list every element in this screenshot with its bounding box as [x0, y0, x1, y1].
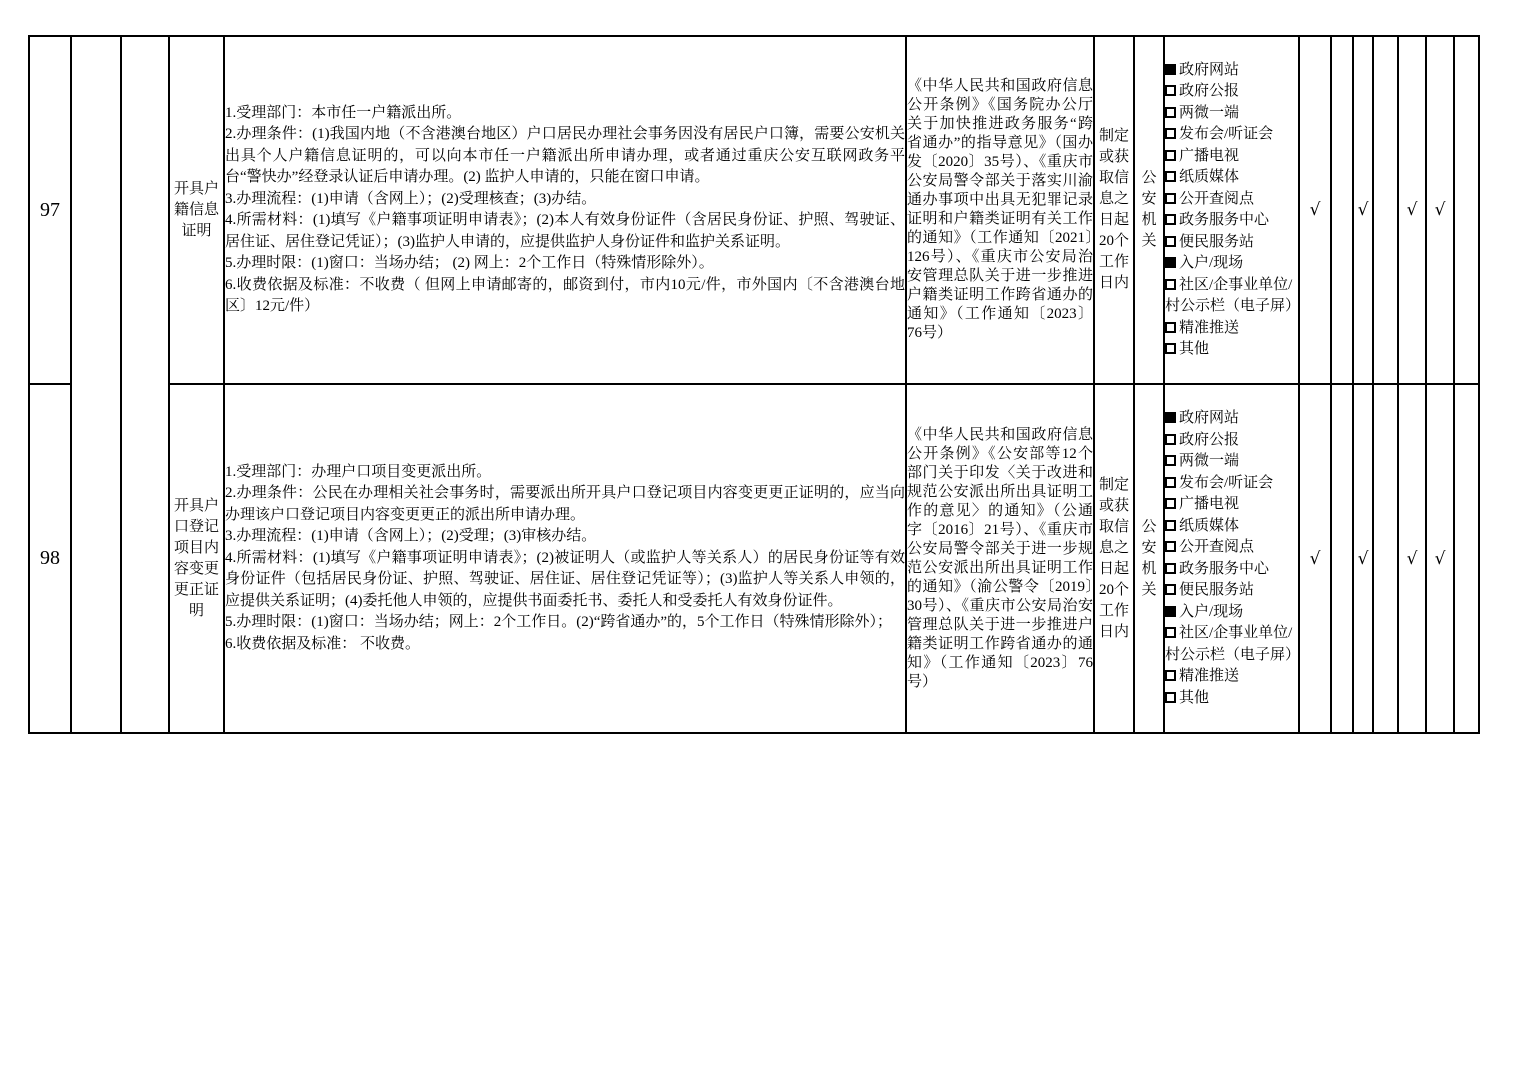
channel-label: 其他 — [1179, 341, 1209, 357]
channel-label: 政务服务中心 — [1179, 212, 1269, 228]
checkbox-empty-icon — [1165, 322, 1176, 333]
description-line: 1.受理部门：本市任一户籍派出所。 — [225, 103, 905, 125]
check-cell — [1373, 384, 1398, 733]
channel-label: 政府公报 — [1179, 432, 1239, 448]
channel-label: 纸质媒体 — [1179, 518, 1239, 534]
row-number: 98 — [29, 384, 71, 733]
checkbox-empty-icon — [1165, 692, 1176, 703]
checkbox-empty-icon — [1165, 627, 1176, 638]
checkbox-empty-icon — [1165, 214, 1176, 225]
procedure-description: 1.受理部门：办理户口项目变更派出所。2.办理条件：公民在办理相关社会事务时，需… — [224, 384, 906, 733]
channel-label: 两微一端 — [1179, 105, 1239, 121]
channel-option: 公开查阅点 — [1165, 537, 1298, 559]
government-info-disclosure-table: 97 开具户籍信息证明 1.受理部门：本市任一户籍派出所。2.办理条件：(1)我… — [28, 35, 1480, 734]
check-cell — [1373, 36, 1398, 384]
channel-label: 政务服务中心 — [1179, 561, 1269, 577]
checkbox-checked-icon — [1165, 64, 1176, 75]
checkbox-empty-icon — [1165, 128, 1176, 139]
channel-label: 政府网站 — [1179, 410, 1239, 426]
channel-label: 精准推送 — [1179, 320, 1239, 336]
channel-label: 其他 — [1179, 690, 1209, 706]
description-line: 3.办理流程：(1)申请（含网上）；(2)受理；(3)审核办结。 — [225, 526, 905, 548]
checkbox-empty-icon — [1165, 541, 1176, 552]
table-row: 97 开具户籍信息证明 1.受理部门：本市任一户籍派出所。2.办理条件：(1)我… — [29, 36, 1479, 384]
checkmark-icon: √ — [1426, 36, 1454, 384]
description-line: 3.办理流程：(1)申请（含网上）；(2)受理核查；(3)办结。 — [225, 189, 905, 211]
checkbox-empty-icon — [1165, 563, 1176, 574]
row-number: 97 — [29, 36, 71, 384]
checkmark-icon: √ — [1299, 384, 1331, 733]
channel-label: 纸质媒体 — [1179, 169, 1239, 185]
channel-label: 公开查阅点 — [1179, 191, 1254, 207]
channel-option: 政务服务中心 — [1165, 210, 1298, 232]
channel-option: 广播电视 — [1165, 146, 1298, 168]
time-limit: 制定或获取信息之日起20个工作日内 — [1094, 36, 1134, 384]
channel-option: 公开查阅点 — [1165, 189, 1298, 211]
checkbox-empty-icon — [1165, 455, 1176, 466]
empty-column — [71, 36, 121, 733]
description-line: 5.办理时限：(1)窗口：当场办结； (2) 网上：2个工作日（特殊情形除外）。 — [225, 253, 905, 275]
item-name: 开具户籍信息证明 — [169, 36, 224, 384]
channel-label: 广播电视 — [1179, 148, 1239, 164]
channel-option: 政务服务中心 — [1165, 559, 1298, 581]
responsible-agency: 公安机关 — [1134, 36, 1164, 384]
channel-label: 精准推送 — [1179, 668, 1239, 684]
item-name: 开具户口登记项目内容变更更正证明 — [169, 384, 224, 733]
description-line: 6.收费依据及标准：不收费（ 但网上申请邮寄的，邮资到付，市内10元/件，市外国… — [225, 275, 905, 318]
checkbox-empty-icon — [1165, 343, 1176, 354]
channel-option: 精准推送 — [1165, 318, 1298, 340]
channel-option: 纸质媒体 — [1165, 516, 1298, 538]
channel-label: 广播电视 — [1179, 496, 1239, 512]
channel-option: 社区/企事业单位/村公示栏（电子屏） — [1165, 623, 1298, 666]
checkbox-empty-icon — [1165, 150, 1176, 161]
channel-option: 政府公报 — [1165, 430, 1298, 452]
legal-basis: 《中华人民共和国政府信息公开条例》《国务院办公厅关于加快推进政务服务“跨省通办”… — [906, 36, 1094, 384]
checkbox-checked-icon — [1165, 412, 1176, 423]
channel-option: 发布会/听证会 — [1165, 473, 1298, 495]
checkmark-icon: √ — [1353, 36, 1373, 384]
checkbox-empty-icon — [1165, 193, 1176, 204]
channel-option: 其他 — [1165, 339, 1298, 361]
channel-label: 入户/现场 — [1179, 604, 1243, 620]
checkmark-icon: √ — [1353, 384, 1373, 733]
channel-option: 发布会/听证会 — [1165, 124, 1298, 146]
check-cell — [1454, 36, 1479, 384]
check-cell — [1454, 384, 1479, 733]
checkbox-checked-icon — [1165, 606, 1176, 617]
checkbox-empty-icon — [1165, 107, 1176, 118]
channel-label: 社区/企事业单位/村公示栏（电子屏） — [1165, 277, 1298, 315]
checkbox-empty-icon — [1165, 279, 1176, 290]
channel-option: 便民服务站 — [1165, 232, 1298, 254]
checkbox-empty-icon — [1165, 434, 1176, 445]
channel-option: 入户/现场 — [1165, 602, 1298, 624]
channel-label: 两微一端 — [1179, 453, 1239, 469]
channel-label: 发布会/听证会 — [1179, 475, 1273, 491]
description-line: 4.所需材料：(1)填写《户籍事项证明申请表》；(2)被证明人（或监护人等关系人… — [225, 548, 905, 613]
checkbox-empty-icon — [1165, 171, 1176, 182]
channel-label: 入户/现场 — [1179, 255, 1243, 271]
description-line: 6.收费依据及标准： 不收费。 — [225, 634, 905, 656]
channel-option: 其他 — [1165, 688, 1298, 710]
description-line: 2.办理条件：(1)我国内地（不含港澳台地区）户口居民办理社会事务因没有居民户口… — [225, 124, 905, 189]
check-cell — [1331, 384, 1353, 733]
channel-label: 便民服务站 — [1179, 234, 1254, 250]
channel-option: 两微一端 — [1165, 451, 1298, 473]
checkbox-empty-icon — [1165, 670, 1176, 681]
channel-label: 政府公报 — [1179, 83, 1239, 99]
legal-basis: 《中华人民共和国政府信息公开条例》《公安部等12个部门关于印发〈关于改进和规范公… — [906, 384, 1094, 733]
checkmark-icon: √ — [1426, 384, 1454, 733]
checkmark-icon: √ — [1398, 36, 1426, 384]
channel-option: 广播电视 — [1165, 494, 1298, 516]
empty-column — [121, 36, 169, 733]
channel-option: 政府公报 — [1165, 81, 1298, 103]
document-page: 97 开具户籍信息证明 1.受理部门：本市任一户籍派出所。2.办理条件：(1)我… — [0, 0, 1520, 1074]
channel-option: 政府网站 — [1165, 60, 1298, 82]
channel-label: 公开查阅点 — [1179, 539, 1254, 555]
channel-label: 发布会/听证会 — [1179, 126, 1273, 142]
checkmark-icon: √ — [1398, 384, 1426, 733]
channel-option: 纸质媒体 — [1165, 167, 1298, 189]
channel-option: 政府网站 — [1165, 408, 1298, 430]
channel-option: 便民服务站 — [1165, 580, 1298, 602]
checkbox-empty-icon — [1165, 584, 1176, 595]
publicity-channels: 政府网站政府公报两微一端发布会/听证会广播电视纸质媒体公开查阅点政务服务中心便民… — [1164, 384, 1299, 733]
description-line: 5.办理时限：(1)窗口：当场办结；网上：2个工作日。(2)“跨省通办”的，5个… — [225, 612, 905, 634]
description-line: 1.受理部门：办理户口项目变更派出所。 — [225, 462, 905, 484]
procedure-description: 1.受理部门：本市任一户籍派出所。2.办理条件：(1)我国内地（不含港澳台地区）… — [224, 36, 906, 384]
check-cell — [1331, 36, 1353, 384]
publicity-channels: 政府网站政府公报两微一端发布会/听证会广播电视纸质媒体公开查阅点政务服务中心便民… — [1164, 36, 1299, 384]
channel-label: 政府网站 — [1179, 62, 1239, 78]
checkbox-empty-icon — [1165, 498, 1176, 509]
channel-option: 两微一端 — [1165, 103, 1298, 125]
channel-option: 入户/现场 — [1165, 253, 1298, 275]
responsible-agency: 公安机关 — [1134, 384, 1164, 733]
channel-label: 社区/企事业单位/村公示栏（电子屏） — [1165, 625, 1298, 663]
description-line: 4.所需材料：(1)填写《户籍事项证明申请表》；(2)本人有效身份证件（含居民身… — [225, 210, 905, 253]
checkbox-empty-icon — [1165, 477, 1176, 488]
channel-option: 社区/企事业单位/村公示栏（电子屏） — [1165, 275, 1298, 318]
channel-option: 精准推送 — [1165, 666, 1298, 688]
table-row: 98 开具户口登记项目内容变更更正证明 1.受理部门：办理户口项目变更派出所。2… — [29, 384, 1479, 733]
checkbox-empty-icon — [1165, 520, 1176, 531]
description-line: 2.办理条件：公民在办理相关社会事务时，需要派出所开具户口登记项目内容变更更正证… — [225, 483, 905, 526]
time-limit: 制定或获取信息之日起20个工作日内 — [1094, 384, 1134, 733]
channel-label: 便民服务站 — [1179, 582, 1254, 598]
checkbox-checked-icon — [1165, 257, 1176, 268]
checkbox-empty-icon — [1165, 236, 1176, 247]
checkmark-icon: √ — [1299, 36, 1331, 384]
checkbox-empty-icon — [1165, 85, 1176, 96]
